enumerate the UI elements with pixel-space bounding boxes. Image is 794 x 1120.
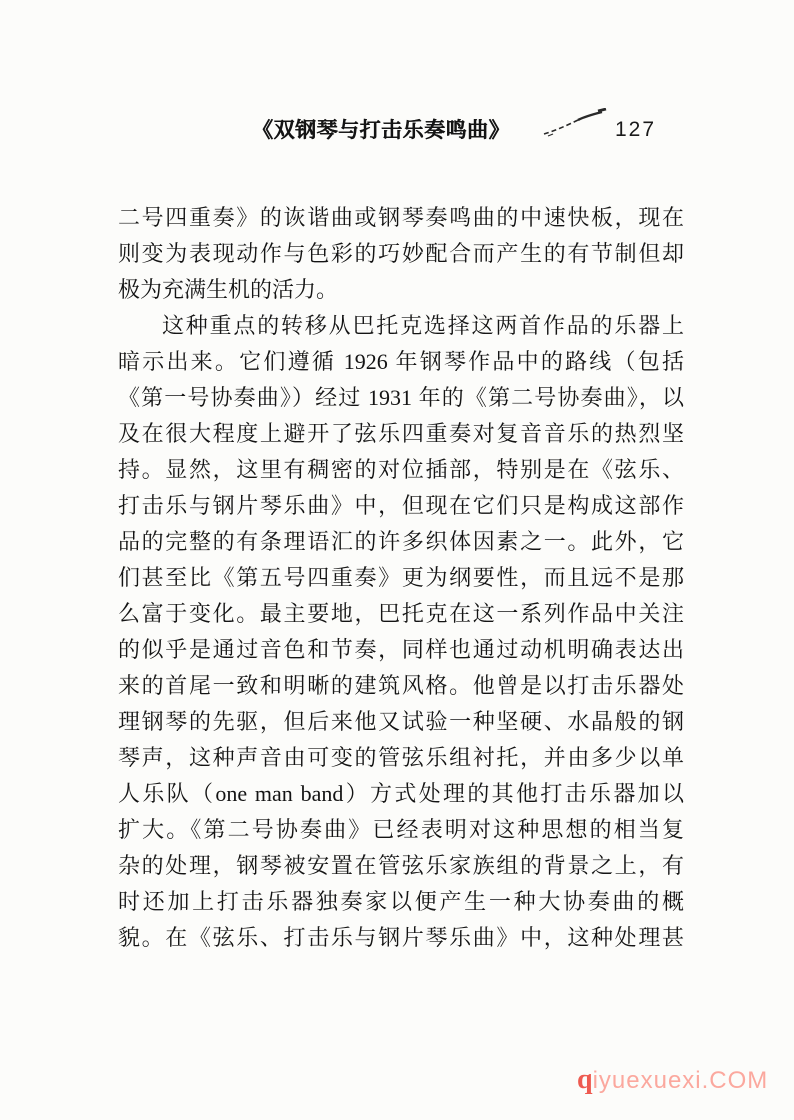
text-line: 持。显然，这里有稠密的对位插部，特别是在《弦乐、	[118, 452, 684, 488]
text-line: 《第一号协奏曲》）经过 1931 年的《第二号协奏曲》，以	[118, 380, 684, 416]
text-line: 么富于变化。最主要地，巴托克在这一系列作品中关注	[118, 596, 684, 632]
site-watermark: qiyuexuexi.COM	[577, 1064, 768, 1096]
text-line: 们甚至比《第五号四重奏》更为纲要性，而且远不是那	[118, 560, 684, 596]
text-line: 打击乐与钢片琴乐曲》中，但现在它们只是构成这部作	[118, 488, 684, 524]
running-head-title: 《双钢琴与打击乐奏鸣曲》	[252, 114, 510, 144]
text-line: 则变为表现动作与色彩的巧妙配合而产生的有节制但却	[118, 236, 684, 272]
text-line: 理钢琴的先驱，但后来他又试验一种坚硬、水晶般的钢	[118, 704, 684, 740]
page-number: 127	[615, 118, 656, 142]
text-line: 二号四重奏》的诙谐曲或钢琴奏鸣曲的中速快板，现在	[118, 200, 684, 236]
text-line: 杂的处理，钢琴被安置在管弦乐家族组的背景之上，有	[118, 848, 684, 884]
watermark-text: iyuexuexi.COM	[593, 1067, 769, 1094]
text-line: 及在很大程度上避开了弦乐四重奏对复音音乐的热烈坚	[118, 416, 684, 452]
text-line: 琴声，这种声音由可变的管弦乐组衬托，并由多少以单	[118, 740, 684, 776]
body-text-block: 二号四重奏》的诙谐曲或钢琴奏鸣曲的中速快板，现在 则变为表现动作与色彩的巧妙配合…	[118, 200, 684, 956]
text-line: 人乐队（one man band）方式处理的其他打击乐器加以	[118, 776, 684, 812]
text-line: 来的首尾一致和明晰的建筑风格。他曾是以打击乐器处	[118, 668, 684, 704]
watermark-initial: q	[577, 1064, 593, 1095]
text-line: 这种重点的转移从巴托克选择这两首作品的乐器上	[118, 308, 684, 344]
ink-smudge-mark	[540, 108, 612, 145]
text-line: 扩大。《第二号协奏曲》已经表明对这种思想的相当复	[118, 812, 684, 848]
text-line: 的似乎是通过音色和节奏，同样也通过动机明确表达出	[118, 632, 684, 668]
text-line: 品的完整的有条理语汇的许多织体因素之一。此外，它	[118, 524, 684, 560]
text-line: 极为充满生机的活力。	[118, 272, 684, 308]
scanned-book-page: 《双钢琴与打击乐奏鸣曲》 127 二号四重奏》的诙谐曲或钢琴奏鸣曲的中速快板，现…	[0, 0, 794, 1120]
text-line: 时还加上打击乐器独奏家以便产生一种大协奏曲的概	[118, 884, 684, 920]
text-line: 貌。在《弦乐、打击乐与钢片琴乐曲》中，这种处理甚	[118, 920, 684, 956]
text-line: 暗示出来。它们遵循 1926 年钢琴作品中的路线（包括	[118, 344, 684, 380]
